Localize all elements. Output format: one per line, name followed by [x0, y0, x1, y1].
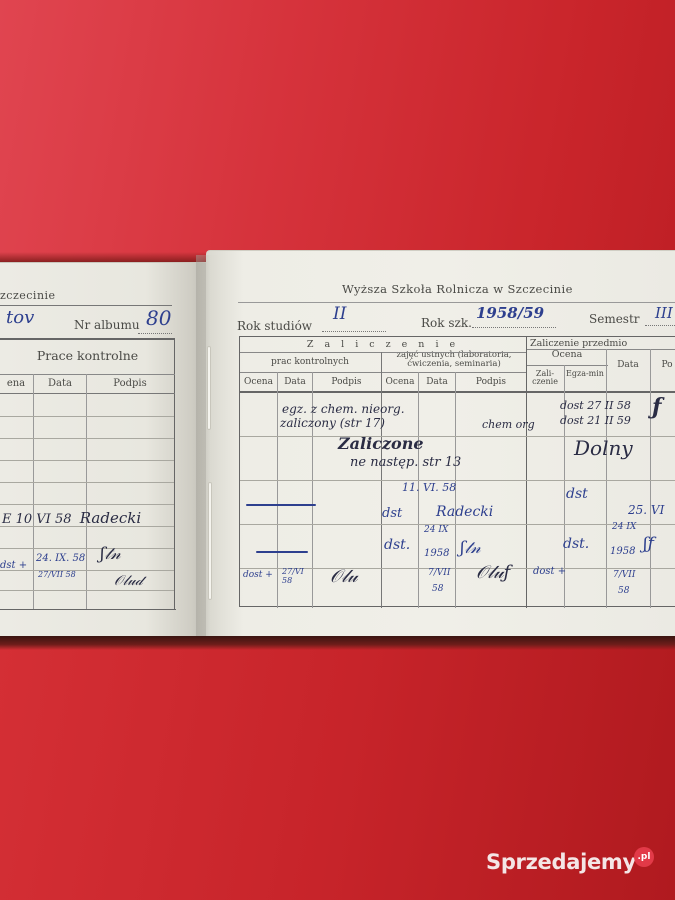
semestr-label: Semestr	[589, 312, 640, 326]
column-divider	[33, 374, 34, 610]
nr-albumu-label: Nr albumu	[74, 318, 140, 332]
row-line	[0, 460, 174, 461]
handwritten-grade: dst.	[384, 537, 410, 553]
semestr-dotted-line	[645, 325, 675, 326]
signature-scribble: ʃ𝓉𝓃	[460, 538, 481, 558]
rok-szkolny-value: 1958/59	[476, 304, 544, 322]
column-header-ocena: Ocena	[382, 378, 418, 387]
header-line	[240, 352, 526, 353]
book-bottom-shadow	[0, 636, 675, 650]
column-divider	[606, 349, 607, 608]
ocena-group-header: Ocena	[526, 350, 608, 360]
handwritten-date: 24 IX	[612, 522, 636, 532]
nr-albumu-dotted-line	[138, 333, 172, 334]
column-header-podpis: Podpis	[313, 378, 380, 387]
table-title: Prace kontrolne	[0, 348, 175, 363]
rok-studiow-value: II	[333, 304, 346, 324]
handwritten-date: 7/VII	[428, 568, 450, 578]
watermark-badge: .pl	[634, 847, 654, 867]
table-bottom-line	[0, 609, 176, 610]
handwritten-date: 7/VII	[613, 570, 635, 580]
table-header-row: ena Data Podpis	[0, 374, 175, 394]
handwritten-note: chem org	[482, 418, 535, 431]
signature-scribble: ƒ	[652, 394, 661, 420]
watermark-text: Sprzedajemy	[486, 850, 636, 874]
entry-text: E 10 VI 58	[2, 512, 72, 527]
column-header-data: Data	[606, 361, 650, 370]
column-header-zaliczenie: Zali-czenie	[526, 370, 564, 387]
column-header-egzamin: Egza-min	[565, 370, 605, 378]
handwritten-date-secondary: 27/VII 58	[38, 570, 76, 579]
signature-scribble: ʃƒ	[643, 534, 654, 554]
signature: Radecki	[80, 509, 141, 527]
signature-dark: Dolny	[574, 436, 633, 460]
row-line	[0, 482, 174, 483]
header-line	[526, 349, 675, 350]
rok-studiow-label: Rok studiów	[237, 319, 312, 333]
handwritten-dash	[246, 504, 316, 506]
handwritten-grade: dst.	[563, 536, 589, 552]
header-line	[526, 365, 608, 366]
rok-studiow-dotted-line	[322, 331, 386, 332]
signature-blue: Radecki	[436, 504, 493, 520]
row-line	[0, 416, 174, 417]
handwritten-grade: dost 27 II 58	[560, 399, 631, 412]
handwritten-grade: dost +	[533, 566, 566, 577]
column-header-ocena: Ocena	[240, 378, 277, 387]
handwritten-dash	[256, 551, 308, 553]
column-header-podpis: Podpis	[86, 378, 174, 389]
column-divider	[277, 372, 278, 608]
handwritten-date: 1958	[424, 548, 449, 559]
group-header-zaliczenie-przedmiotu: Zaliczenie przedmio	[530, 339, 675, 349]
binding-thread	[207, 346, 211, 430]
handwritten-note: zaliczony (str 17)	[280, 416, 385, 430]
handwritten-date: 11. VI. 58	[402, 481, 456, 494]
signature-scribble: 𝒪𝓁𝓊𝒹	[114, 573, 142, 589]
row-line	[240, 524, 675, 525]
handwritten-note: egz. z chem. nieorg.	[282, 402, 405, 416]
handwritten-grade: dst +	[0, 560, 27, 571]
handwritten-note: ne następ. str 13	[350, 455, 461, 470]
nr-albumu-value: 80	[146, 306, 171, 330]
row-line	[0, 438, 174, 439]
handwritten-entry-date: E 10 VI 58 Radecki	[2, 509, 141, 527]
group-header-zajec-ustnych: zajęć ustnych (laboratoria, ćwiczenia, s…	[382, 351, 526, 369]
signature-scribble: 𝒪𝓁𝓊	[330, 566, 357, 587]
header-bottom-line	[240, 391, 675, 393]
handwritten-date: 1958	[610, 546, 635, 557]
divider	[238, 302, 675, 303]
left-page-header-fragment: zczecinie	[0, 289, 56, 302]
column-header-data: Data	[278, 378, 312, 387]
column-divider	[650, 349, 651, 608]
handwritten-date: 24. IX. 58	[36, 553, 85, 564]
column-header-data: Data	[34, 378, 86, 389]
group-header-prac-kontrolnych: prac kontrolnych	[240, 358, 380, 367]
column-header-podpis: Po	[652, 361, 675, 370]
handwritten-grade: dost 21 II 59	[560, 414, 631, 427]
row-line	[240, 480, 675, 481]
binding-thread	[208, 482, 212, 600]
handwritten-grade: dst	[382, 506, 402, 521]
watermark-logo: Sprzedajemy	[486, 850, 636, 874]
column-header-podpis: Podpis	[456, 378, 526, 387]
column-header-ocena: ena	[0, 378, 32, 389]
zaliczenie-table: Z a l i c z e n i e Zaliczenie przedmio …	[239, 336, 675, 607]
handwritten-grade: dst	[566, 486, 588, 502]
handwritten-grade: dost +	[243, 570, 273, 580]
handwritten-date: 58	[432, 584, 443, 594]
column-divider	[86, 374, 87, 610]
handwritten-date: 27/VI 58	[282, 568, 306, 586]
signature-scribble: 𝒪𝓁𝓊ƒ	[476, 562, 510, 583]
group-header-zaliczenie: Z a l i c z e n i e	[240, 340, 526, 350]
school-name: Wyższa Szkoła Rolnicza w Szczecinie	[342, 282, 573, 296]
rok-szkolny-label: Rok szk.	[421, 316, 472, 330]
handwritten-date: 58	[618, 586, 629, 596]
student-name-handwritten: tov	[6, 307, 34, 328]
row-line	[0, 548, 174, 549]
column-header-data: Data	[419, 378, 455, 387]
semestr-value: III	[655, 304, 673, 322]
header-line	[240, 372, 526, 373]
signature-scribble: ʃ𝓉𝓃	[100, 544, 121, 564]
rok-szkolny-dotted-line	[472, 327, 556, 328]
row-line	[0, 504, 174, 505]
handwritten-note: Zaliczone	[338, 434, 424, 453]
handwritten-date: 24 IX	[424, 525, 448, 535]
handwritten-date: 25. VI	[628, 503, 664, 517]
row-line	[0, 590, 174, 591]
